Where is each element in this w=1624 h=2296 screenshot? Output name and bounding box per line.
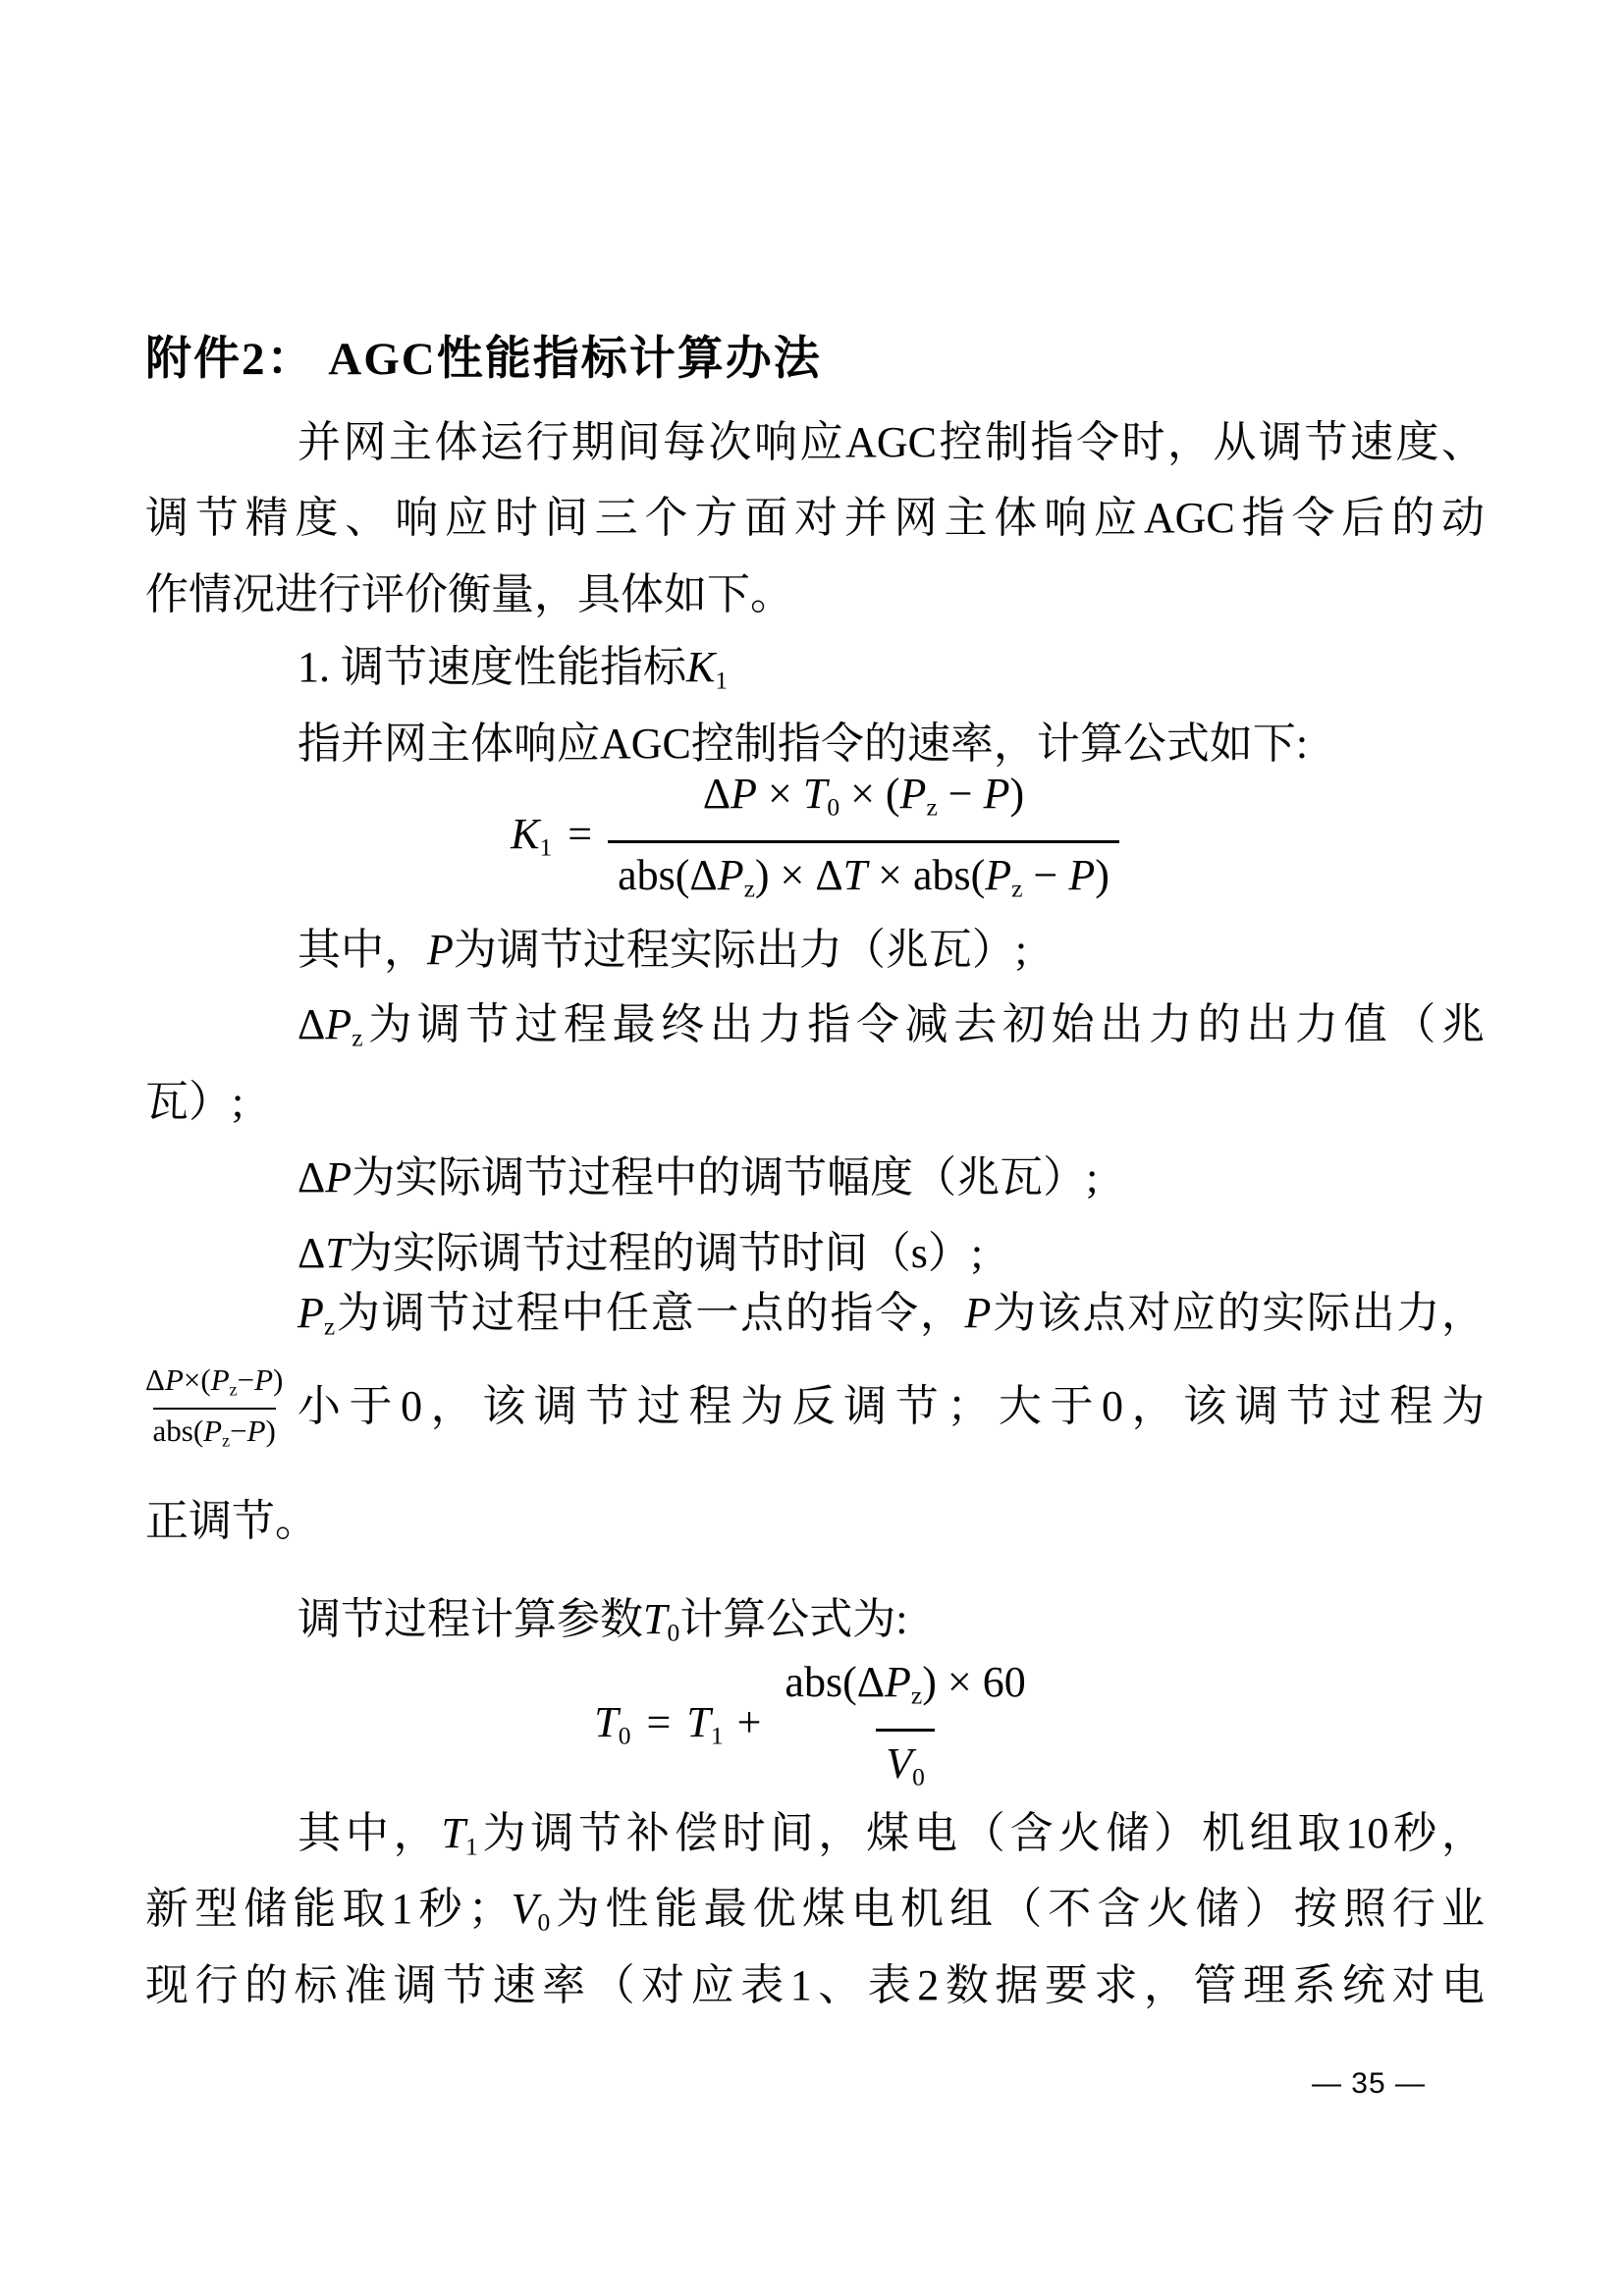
var-p: P <box>247 1414 266 1448</box>
def-dt-text: 为实际调节过程的调节时间（s）; <box>350 1229 983 1277</box>
times-symbol: × <box>757 770 803 818</box>
para1-line3: 作情况进行评价衡量，具体如下。 <box>145 567 1485 622</box>
var-p: P <box>211 1362 230 1397</box>
sub-0: 0 <box>667 1619 679 1647</box>
section1-intro: 指并网主体响应AGC控制指令的速率，计算公式如下: <box>145 717 1485 772</box>
k1-lhs-var: K <box>511 810 539 858</box>
sub-z: z <box>744 874 755 902</box>
delta-symbol: Δ <box>689 851 717 899</box>
section1-heading-text: 1. 调节速度性能指标 <box>298 643 686 691</box>
var-p: P <box>1068 851 1095 899</box>
abs-function: × abs( <box>867 851 985 899</box>
times-symbol: ) × <box>755 851 815 899</box>
section1-heading: 1. 调节速度性能指标K1 <box>145 640 1485 709</box>
def-dp-text: 为实际调节过程中的调节幅度（兆瓦）; <box>352 1153 1098 1201</box>
var-p: P <box>731 770 757 818</box>
var-p: P <box>203 1414 222 1448</box>
k1-denominator: abs(ΔPz) × ΔT × abs(Pz − P) <box>608 840 1119 915</box>
var-p: P <box>254 1362 273 1397</box>
para2-line3-text: 现行的标准调节速率（对应表1、表2数据要求，管理系统对电 <box>145 1961 1485 2009</box>
sub-1: 1 <box>465 1833 478 1861</box>
k1-lhs: K1= <box>511 809 608 874</box>
var-p: P <box>900 770 927 818</box>
minus-symbol: − <box>938 770 984 818</box>
paren-close: ) <box>1095 851 1110 899</box>
def-p-text: 为调节过程实际出力（兆瓦）; <box>454 926 1027 974</box>
ratio-fraction: ΔP×(Pz−P) abs(Pz−P) <box>145 1362 283 1460</box>
var-p: P <box>165 1362 184 1397</box>
para2-line3: 现行的标准调节速率（对应表1、表2数据要求，管理系统对电 <box>145 1958 1485 2013</box>
sub-0: 0 <box>538 1908 551 1937</box>
para1-line1: 并网主体运行期间每次响应AGC控制指令时，从调节速度、 <box>145 415 1485 470</box>
ratio-text: 小于0，该调节过程为反调节；大于0，该调节过程为 <box>289 1382 1485 1430</box>
delta-symbol: Δ <box>857 1658 885 1706</box>
var-t: T <box>441 1809 464 1857</box>
para2-line2-pre: 新型储能取1秒； <box>145 1885 512 1933</box>
sub-z: z <box>352 1024 362 1052</box>
title-text: 附件2： AGC性能指标计算办法 <box>145 334 822 385</box>
def-pz-text: 为该点对应的实际出力， <box>991 1289 1485 1337</box>
def-dpz-line2: 瓦）; <box>145 1075 1485 1130</box>
ratio-line: ΔP×(Pz−P) abs(Pz−P) 小于0，该调节过程为反调节；大于0，该调… <box>145 1360 1485 1460</box>
t0-numerator: abs(ΔPz) × 60 <box>775 1657 1035 1729</box>
delta-symbol: Δ <box>145 1362 165 1397</box>
times-symbol: ×( <box>184 1362 211 1397</box>
def-pz-line: Pz为调节过程中任意一点的指令，P为该点对应的实际出力， <box>145 1286 1485 1355</box>
t0-denominator: V0 <box>876 1729 935 1803</box>
var-p: P <box>325 1000 352 1048</box>
para2-line1: 其中，T1为调节补偿时间，煤电（含火储）机组取10秒， <box>145 1806 1485 1875</box>
k1-equals: = <box>568 810 592 858</box>
minus-symbol: − <box>230 1414 246 1448</box>
paren-close: ) <box>1009 770 1024 818</box>
sub-z: z <box>230 1379 238 1399</box>
delta-symbol: Δ <box>298 1000 325 1048</box>
t0-intro-pre: 调节过程计算参数 <box>298 1595 643 1643</box>
paren-close: ) <box>266 1414 276 1448</box>
para1-line1-text: 并网主体运行期间每次响应AGC控制指令时，从调节速度、 <box>298 418 1485 466</box>
var-p: P <box>427 926 454 974</box>
delta-symbol: Δ <box>298 1153 325 1201</box>
para1-line2-text: 调节精度、响应时间三个方面对并网主体响应AGC指令后的动 <box>145 494 1485 542</box>
k1-fraction: ΔP × T0 × (Pz − P) abs(ΔPz) × ΔT × abs(P… <box>608 769 1119 914</box>
plus-symbol: + <box>737 1698 762 1746</box>
var-p: P <box>325 1153 352 1201</box>
def-dpz-line: ΔPz为调节过程最终出力指令减去初始出力的出力值（兆 <box>145 997 1485 1066</box>
k1-formula: K1= ΔP × T0 × (Pz − P) abs(ΔPz) × ΔT × a… <box>145 769 1485 914</box>
def-dt-line: ΔT为实际调节过程的调节时间（s）; <box>145 1226 1485 1281</box>
k1-lhs-sub: 1 <box>539 833 552 862</box>
def-dpz-text: 为调节过程最终出力指令减去初始出力的出力值（兆 <box>363 1000 1485 1048</box>
ratio-cont-text: 正调节。 <box>145 1497 318 1545</box>
sub-z: z <box>222 1431 230 1451</box>
def-dpz-cont-text: 瓦）; <box>145 1078 244 1126</box>
para1-line2: 调节精度、响应时间三个方面对并网主体响应AGC指令后的动 <box>145 491 1485 546</box>
def-pz-mid-text: 为调节过程中任意一点的指令， <box>335 1289 964 1337</box>
var-p: P <box>718 851 744 899</box>
page-number-text: — 35 — <box>1312 2067 1426 2100</box>
t0-lhs: T0=T1+ <box>594 1697 775 1762</box>
t0-formula: T0=T1+ abs(ΔPz) × 60 V0 <box>145 1657 1485 1802</box>
t0-intro-line: 调节过程计算参数T0计算公式为: <box>145 1592 1485 1661</box>
delta-symbol: Δ <box>298 1229 325 1277</box>
document-page: 附件2： AGC性能指标计算办法 并网主体运行期间每次响应AGC控制指令时，从调… <box>0 0 1624 2296</box>
var-p: P <box>885 1658 911 1706</box>
var-t: T <box>843 851 867 899</box>
sub-0: 0 <box>827 793 839 822</box>
section1-intro-text: 指并网主体响应AGC控制指令的速率，计算公式如下: <box>298 720 1308 768</box>
var-t: T <box>325 1229 349 1277</box>
sub-z: z <box>911 1682 922 1710</box>
para2-line2: 新型储能取1秒；V0为性能最优煤电机组（不含火储）按照行业 <box>145 1882 1485 1950</box>
var-v: V <box>512 1885 538 1933</box>
var-p: P <box>965 1289 992 1337</box>
abs-function: abs( <box>153 1414 204 1448</box>
times-60: ) × 60 <box>922 1658 1025 1706</box>
delta-symbol: Δ <box>815 851 842 899</box>
var-p: P <box>298 1289 324 1337</box>
sub-0: 0 <box>912 1762 925 1790</box>
abs-function: abs( <box>618 851 689 899</box>
minus-symbol: − <box>1023 851 1069 899</box>
def-p-line: 其中，P为调节过程实际出力（兆瓦）; <box>145 923 1485 978</box>
section1-heading-var: K <box>686 643 715 691</box>
para2-line1-pre: 其中， <box>298 1809 441 1857</box>
var-p: P <box>984 770 1010 818</box>
var-t: T <box>686 1698 710 1746</box>
sub-z: z <box>926 793 937 822</box>
def-dp-line: ΔP为实际调节过程中的调节幅度（兆瓦）; <box>145 1150 1485 1205</box>
times-symbol: × ( <box>839 770 899 818</box>
section1-heading-sub: 1 <box>715 667 728 695</box>
page-title: 附件2： AGC性能指标计算办法 <box>145 322 822 388</box>
ratio-denominator: abs(Pz−P) <box>153 1408 276 1459</box>
page-number: — 35 — <box>145 2067 1426 2101</box>
var-t: T <box>594 1698 618 1746</box>
var-t: T <box>643 1595 667 1643</box>
delta-symbol: Δ <box>703 770 731 818</box>
abs-function: abs( <box>785 1658 856 1706</box>
sub-z: z <box>1011 874 1022 902</box>
var-v: V <box>886 1739 912 1788</box>
var-p: P <box>985 851 1011 899</box>
para2-line1-text: 为调节补偿时间，煤电（含火储）机组取10秒， <box>478 1809 1485 1857</box>
k1-numerator: ΔP × T0 × (Pz − P) <box>693 769 1034 840</box>
sub-0: 0 <box>619 1722 631 1750</box>
paren-close: ) <box>273 1362 283 1397</box>
t0-intro-post: 计算公式为: <box>679 1595 907 1643</box>
minus-symbol: − <box>238 1362 254 1397</box>
sub-z: z <box>324 1312 335 1341</box>
def-p-pre: 其中， <box>298 926 427 974</box>
para1-line3-text: 作情况进行评价衡量，具体如下。 <box>145 570 793 618</box>
sub-1: 1 <box>711 1722 724 1750</box>
ratio-numerator: ΔP×(Pz−P) <box>145 1362 283 1408</box>
ratio-line2: 正调节。 <box>145 1494 1485 1549</box>
t0-fraction: abs(ΔPz) × 60 V0 <box>775 1657 1035 1802</box>
t0-equals: = <box>647 1698 672 1746</box>
var-t: T <box>803 770 827 818</box>
para2-line2-text: 为性能最优煤电机组（不含火储）按照行业 <box>550 1885 1485 1933</box>
